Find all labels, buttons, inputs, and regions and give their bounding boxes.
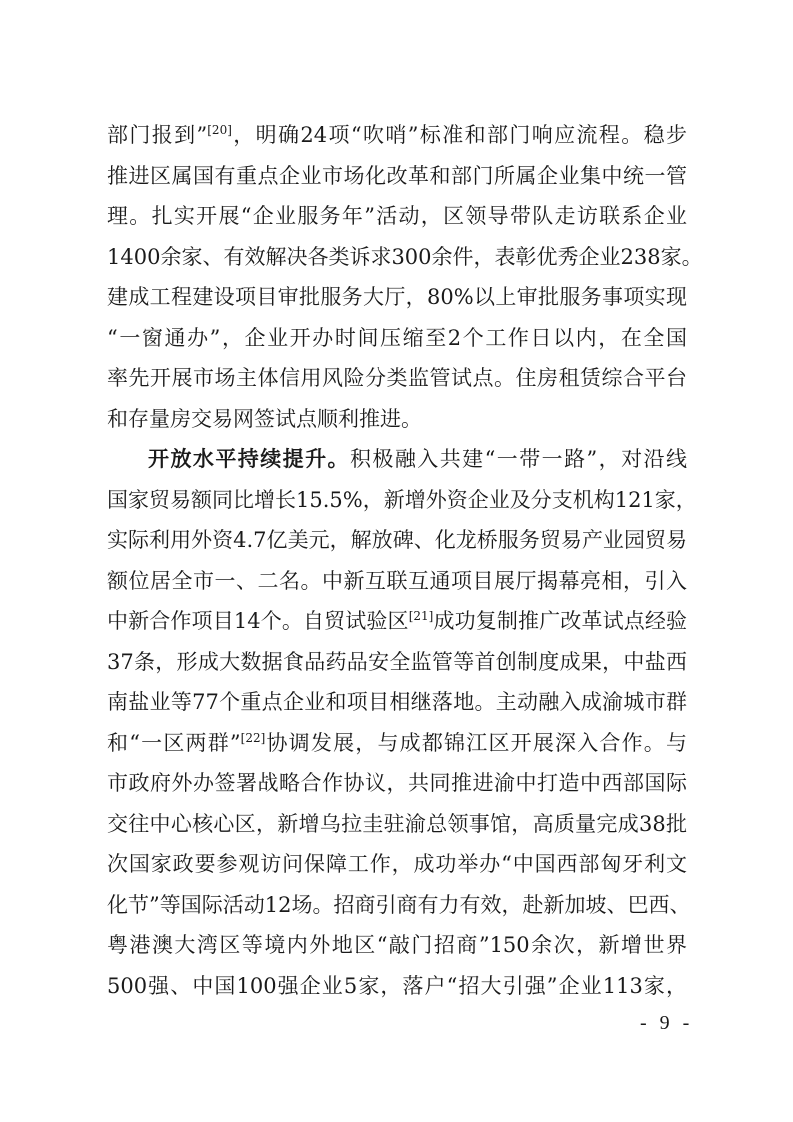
footnote-ref-20[interactable]: [20] <box>207 123 232 137</box>
text-line: 部门报到”[20]，明确24项“吹哨”标准和部门响应流程。稳步 <box>107 115 687 156</box>
text-line: 和存量房交易网签试点顺利推进。 <box>107 399 687 440</box>
text-line: 率先开展市场主体信用风险分类监管试点。住房租赁综合平台 <box>107 358 687 399</box>
text-segment: 成功复制推广改革试点经验 <box>433 609 687 633</box>
text-line: 南盐业等77个重点企业和项目相继落地。主动融入成渝城市群 <box>107 682 687 723</box>
text-line: 粤港澳大湾区等境内外地区“敲门招商”150余次，新增世界 <box>107 925 687 966</box>
text-line: 开放水平持续提升。积极融入共建“一带一路”，对沿线 <box>107 439 687 480</box>
text-line: 建成工程建设项目审批服务大厅，80%以上审批服务事项实现 <box>107 277 687 318</box>
text-line: 1400余家、有效解决各类诉求300余件，表彰优秀企业238家。 <box>107 237 687 278</box>
text-segment: 部门报到” <box>107 123 207 147</box>
text-line: 交往中心核心区，新增乌拉圭驻渝总领事馆，高质量完成38批 <box>107 804 687 845</box>
footnote-ref-22[interactable]: [22] <box>241 731 266 745</box>
text-line: 额位居全市一、二名。中新互联互通项目展厅揭幕亮相，引入 <box>107 561 687 602</box>
paragraph-opening-up: 开放水平持续提升。积极融入共建“一带一路”，对沿线 国家贸易额同比增长15.5%… <box>107 439 687 1006</box>
text-line: 实际利用外资4.7亿美元，解放碑、化龙桥服务贸易产业园贸易 <box>107 520 687 561</box>
text-segment: 和“一区两群” <box>107 731 241 755</box>
text-line: 37条，形成大数据食品药品安全监管等首创制度成果，中盐西 <box>107 642 687 683</box>
text-line: 理。扎实开展“企业服务年”活动，区领导带队走访联系企业 <box>107 196 687 237</box>
footnote-ref-21[interactable]: [21] <box>409 609 434 623</box>
text-line: 推进区属国有重点企业市场化改革和部门所属企业集中统一管 <box>107 156 687 197</box>
paragraph-reform: 部门报到”[20]，明确24项“吹哨”标准和部门响应流程。稳步 推进区属国有重点… <box>107 115 687 439</box>
text-line: 500强、中国100强企业5家，落户“招大引强”企业113家， <box>107 966 687 1007</box>
text-line: 国家贸易额同比增长15.5%，新增外资企业及分支机构121家， <box>107 480 687 521</box>
text-line: “一窗通办”，企业开办时间压缩至2个工作日以内，在全国 <box>107 318 687 359</box>
text-segment: ，明确24项“吹哨”标准和部门响应流程。稳步 <box>232 123 687 147</box>
text-line: 中新合作项目14个。自贸试验区[21]成功复制推广改革试点经验 <box>107 601 687 642</box>
text-segment: 中新合作项目14个。自贸试验区 <box>107 609 409 633</box>
text-line: 市政府外办签署战略合作协议，共同推进渝中打造中西部国际 <box>107 763 687 804</box>
section-heading: 开放水平持续提升。 <box>148 447 350 471</box>
text-line: 化节”等国际活动12场。招商引商有力有效，赴新加坡、巴西、 <box>107 885 687 926</box>
document-body: 部门报到”[20]，明确24项“吹哨”标准和部门响应流程。稳步 推进区属国有重点… <box>107 115 687 1006</box>
text-segment: 积极融入共建“一带一路”，对沿线 <box>350 447 687 471</box>
text-segment: 协调发展，与成都锦江区开展深入合作。与 <box>265 731 687 755</box>
page-number: - 9 - <box>640 1012 693 1035</box>
text-line: 次国家政要参观访问保障工作，成功举办“中国西部匈牙利文 <box>107 844 687 885</box>
text-line: 和“一区两群”[22]协调发展，与成都锦江区开展深入合作。与 <box>107 723 687 764</box>
